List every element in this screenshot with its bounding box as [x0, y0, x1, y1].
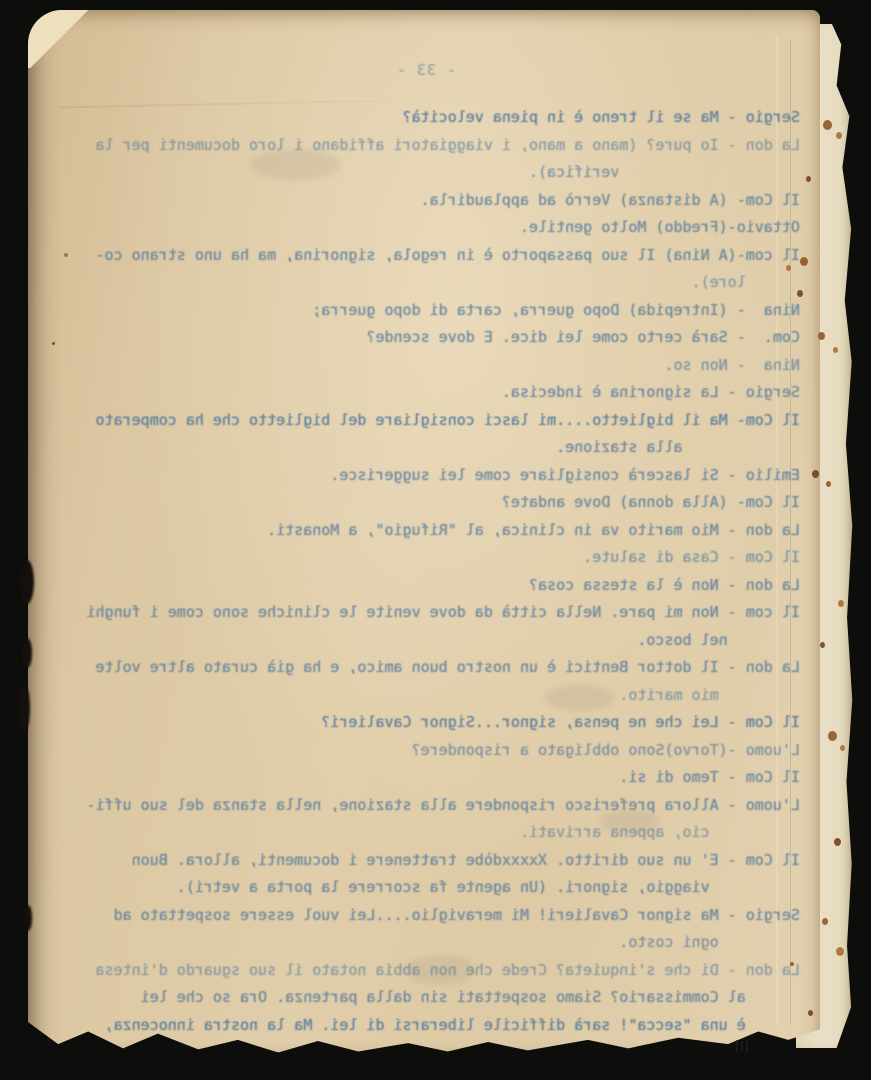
- typescript-line: Il Com - Lei che ne pensa, signor...Sign…: [52, 709, 800, 737]
- rust-spot: [836, 947, 844, 956]
- rust-spot: [790, 962, 794, 966]
- typescript-line: Sergio - La signorina è indecisa.: [52, 379, 800, 407]
- typescript-line: Nina - Non so.: [52, 352, 800, 380]
- typescript-line: La don - Il dottor Bentici è un nostro b…: [52, 654, 800, 682]
- typescript-line: viaggio, signori. (Un agente fa scorrere…: [52, 874, 800, 902]
- typescript-line: nel bosco.: [52, 627, 800, 655]
- typescript-line: Il Com - E' un suo diritto. Xxxxxdòbe tr…: [52, 847, 800, 875]
- typescript-line: Nina - (Intrepida) Dopo guerra, carta di…: [52, 297, 800, 325]
- typescript-line: Il Com- (Alla donna) Dove andate?: [52, 489, 800, 517]
- torn-edge-shadow: [22, 638, 32, 668]
- pencil-tally-mark: [746, 1040, 748, 1052]
- rust-spot: [822, 918, 828, 925]
- page-number: - 33 -: [52, 60, 800, 80]
- rust-spot: [800, 257, 808, 266]
- rust-spot: [818, 332, 825, 340]
- typescript-line: ogni costo.: [52, 929, 800, 957]
- typescript-line: Com. - Sarà certo come lei dice. E dove …: [52, 324, 800, 352]
- rust-spot: [820, 642, 825, 648]
- typescript-line: alla stazione.: [52, 434, 800, 462]
- paper-smudge: [600, 810, 660, 832]
- rust-spot: [823, 120, 832, 130]
- typescript-line: Emilio - Si lascerà consigliare come lei…: [52, 462, 800, 490]
- rust-spot: [838, 600, 844, 607]
- typescript-line: Sergio - Ma se il treno è in piena veloc…: [52, 104, 800, 132]
- paper-smudge: [405, 955, 475, 985]
- rust-spot: [786, 265, 791, 271]
- typescript-line: mio marito.: [52, 682, 800, 710]
- typescript-line: Il Com - Temo di si.: [52, 764, 800, 792]
- pencil-tally-mark: [736, 1040, 738, 1052]
- rust-spot: [812, 470, 819, 478]
- typescript-line: è una "secca"! sarà difficile liberarsi …: [52, 1012, 800, 1040]
- rust-spot: [808, 1010, 813, 1016]
- typescript-line: La don - Non è la stessa cosa?: [52, 572, 800, 600]
- typescript-line: lore).: [52, 269, 800, 297]
- rust-spot: [834, 838, 841, 846]
- typescript-line: L'uomo -(Torvo)Sono obbligato a risponde…: [52, 737, 800, 765]
- typescript-line: Ottavio-(Freddo) Molto gentile.: [52, 214, 800, 242]
- paper-smudge: [250, 150, 340, 180]
- typescript-line: La don - Mio marito va in clinica, al "R…: [52, 517, 800, 545]
- typescript-line: al Commissario? Siamo sospettati sin dal…: [52, 984, 800, 1012]
- pencil-tally-mark: [741, 1041, 743, 1051]
- rust-spot: [806, 176, 811, 182]
- rust-spot: [833, 347, 838, 353]
- typescript-page-verso: - 33 - Sergio - Ma se il treno è in pien…: [28, 10, 820, 1062]
- paper-smudge: [545, 685, 615, 711]
- typescript-line: cio, appena arrivati.: [52, 819, 800, 847]
- rust-spot: [64, 253, 68, 257]
- scanned-document: - 33 - Sergio - Ma se il treno è in pien…: [0, 0, 871, 1080]
- rust-spot: [828, 731, 837, 741]
- mirrored-bleed-through-text: - 33 - Sergio - Ma se il treno è in pien…: [52, 60, 800, 1039]
- typescript-line: La don - Io pure? (mano a mano, i viaggi…: [52, 132, 800, 160]
- typescript-line: Sergio - Ma signor Cavalieri! Mi meravig…: [52, 902, 800, 930]
- typescript-line: Il Com- (A distanza) Verrò ad applaudirl…: [52, 187, 800, 215]
- rust-spot: [840, 745, 845, 751]
- typed-text-block: Sergio - Ma se il treno è in piena veloc…: [52, 104, 800, 1039]
- rust-spot: [826, 481, 831, 487]
- rust-spot: [836, 132, 842, 139]
- rust-spot: [52, 342, 55, 345]
- torn-edge-shadow: [24, 905, 32, 931]
- torn-edge-shadow: [18, 684, 30, 732]
- typescript-line: verifica).: [52, 159, 800, 187]
- typescript-line: Il com - Non mi pare. Nella città da dov…: [52, 599, 800, 627]
- typescript-line: Il com-(A Nina) Il suo passaporto è in r…: [52, 242, 800, 270]
- torn-edge-shadow: [20, 560, 34, 604]
- typescript-line: Il Com - Casa di salute.: [52, 544, 800, 572]
- typescript-line: Il Com- Ma il biglietto....mi lasci cons…: [52, 407, 800, 435]
- typescript-line: L'uomo - Allora preferisco rispondere al…: [52, 792, 800, 820]
- rust-spot: [797, 290, 803, 297]
- scan-background: { "colors": { "background": "#0d0d0b", "…: [0, 0, 871, 1080]
